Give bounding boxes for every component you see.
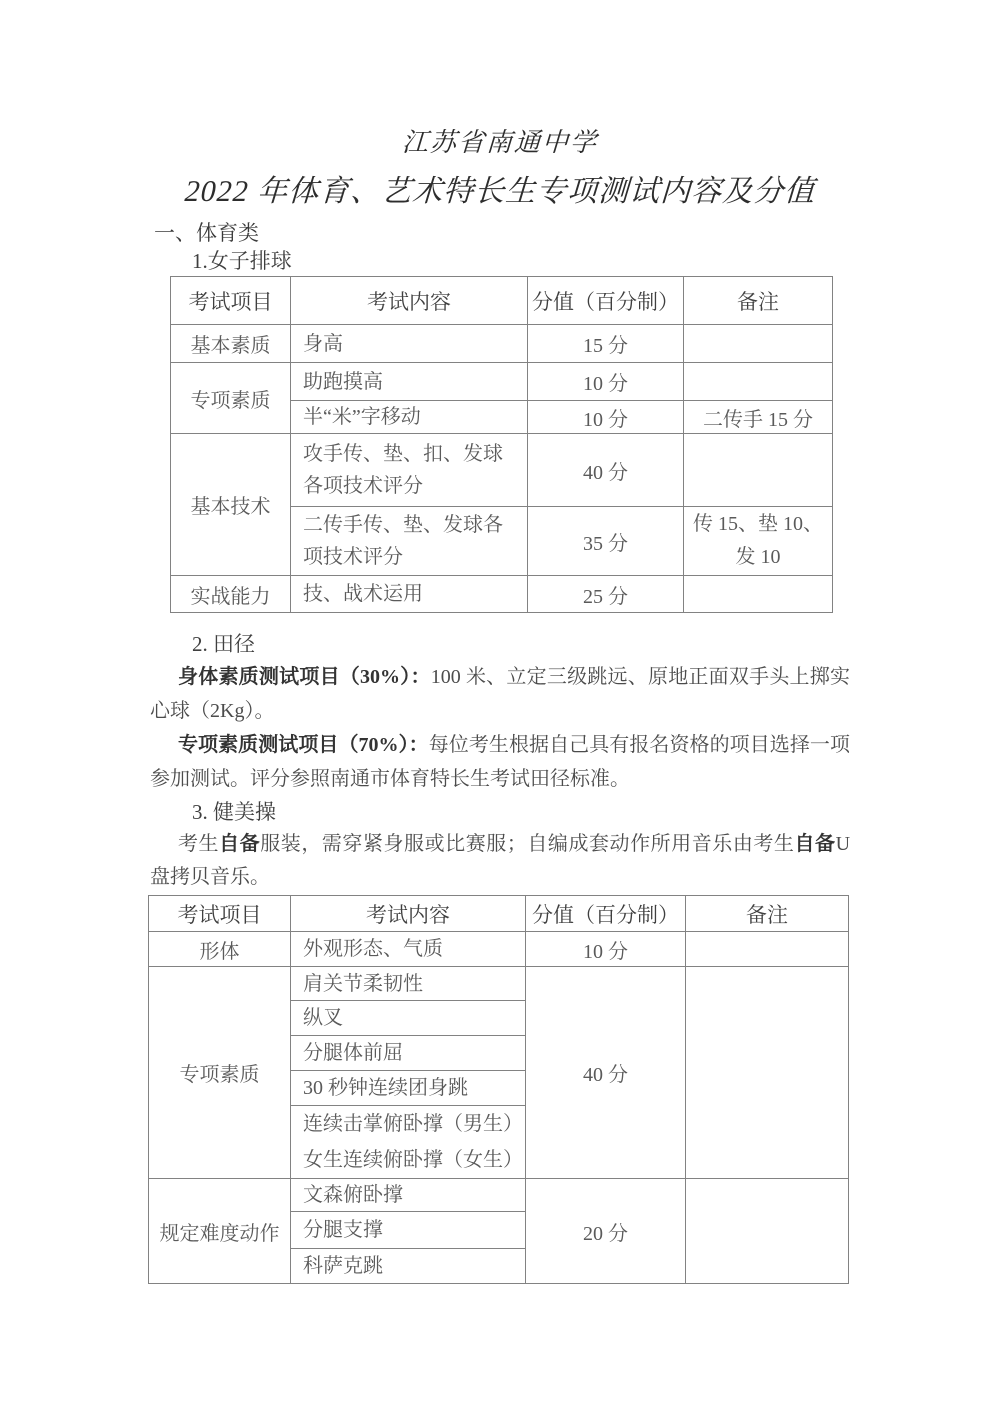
volleyball-table: 考试项目 考试内容 分值（百分制） 备注 基本素质 身高 15 分 专项素质 助… [170, 276, 833, 613]
table-row: 基本素质 身高 15 分 [171, 325, 833, 363]
bold-run: 身体素质测试项目（30%）： [178, 666, 431, 688]
header-cell-note: 备注 [686, 896, 849, 932]
score-cell: 10 分 [528, 363, 684, 401]
table-row: 专项素质 肩关节柔韧性 40 分 [149, 967, 849, 1001]
header-cell-exam-content: 考试内容 [291, 896, 526, 932]
table-row: 实战能力 技、战术运用 25 分 [171, 576, 833, 613]
header-cell-note: 备注 [684, 277, 833, 325]
header-cell-exam-item: 考试项目 [149, 896, 291, 932]
content-cell: 文森俯卧撑 [291, 1179, 526, 1212]
score-cell: 40 分 [528, 434, 684, 507]
content-cell: 30 秒钟连续团身跳 [291, 1071, 526, 1106]
content-cell: 科萨克跳 [291, 1249, 526, 1284]
aerobics-table: 考试项目 考试内容 分值（百分制） 备注 形体 外观形态、气质 10 分 专项素… [148, 895, 849, 1284]
note-cell [686, 932, 849, 967]
bold-run: 自备 [219, 833, 260, 855]
track-special-paragraph: 专项素质测试项目（70%）：每位考生根据自己具有报名资格的项目选择一项参加测试。… [150, 728, 850, 796]
header-cell-exam-content: 考试内容 [291, 277, 528, 325]
subheading-track: 2. 田径 [192, 631, 850, 657]
bold-run: 自备 [794, 833, 835, 855]
score-cell: 10 分 [526, 932, 686, 967]
content-cell: 肩关节柔韧性 [291, 967, 526, 1001]
content-line: 女生连续俯卧撑（女生） [291, 1142, 525, 1178]
text-run: 服装，需穿紧身服或比赛服；自编成套动作所用音乐由考生 [260, 833, 794, 855]
content-cell: 二传手传、垫、发球各项技术评分 [291, 507, 528, 576]
content-cell: 攻手传、垫、扣、发球各项技术评分 [291, 434, 528, 507]
table-row: 形体 外观形态、气质 10 分 [149, 932, 849, 967]
note-cell: 传 15、垫 10、发 10 [684, 507, 833, 576]
score-cell: 40 分 [526, 967, 686, 1179]
item-cell: 规定难度动作 [149, 1179, 291, 1284]
content-cell: 技、战术运用 [291, 576, 528, 613]
page: 江苏省南通中学 2022 年体育、艺术特长生专项测试内容及分值 一、体育类 1.… [0, 0, 1000, 1415]
note-cell [684, 363, 833, 401]
score-cell: 15 分 [528, 325, 684, 363]
subheading-aerobics: 3. 健美操 [192, 799, 850, 825]
note-cell [684, 325, 833, 363]
bold-run: 专项素质测试项目（70%）： [178, 734, 429, 756]
table-row: 专项素质 助跑摸高 10 分 [171, 363, 833, 401]
note-cell [686, 1179, 849, 1284]
item-cell: 实战能力 [171, 576, 291, 613]
content-cell: 分腿体前屈 [291, 1036, 526, 1071]
aerobics-header-row: 考试项目 考试内容 分值（百分制） 备注 [149, 896, 849, 932]
header-cell-score: 分值（百分制） [526, 896, 686, 932]
content-cell: 半“米”字移动 [291, 401, 528, 434]
item-cell: 专项素质 [171, 363, 291, 434]
doc-title: 2022 年体育、艺术特长生专项测试内容及分值 [149, 172, 851, 212]
score-cell: 35 分 [528, 507, 684, 576]
item-cell: 形体 [149, 932, 291, 967]
content-cell: 身高 [291, 325, 528, 363]
section-heading-sports: 一、体育类 [154, 220, 850, 246]
subheading-volleyball: 1.女子排球 [192, 248, 850, 274]
content-cell: 连续击掌俯卧撑（男生） 女生连续俯卧撑（女生） [291, 1106, 526, 1179]
content-cell: 分腿支撑 [291, 1212, 526, 1249]
volleyball-header-row: 考试项目 考试内容 分值（百分制） 备注 [171, 277, 833, 325]
content-cell: 纵叉 [291, 1001, 526, 1036]
content-cell: 外观形态、气质 [291, 932, 526, 967]
header-cell-exam-item: 考试项目 [171, 277, 291, 325]
school-title: 江苏省南通中学 [149, 126, 851, 160]
score-cell: 20 分 [526, 1179, 686, 1284]
content-line: 连续击掌俯卧撑（男生） [291, 1106, 525, 1142]
item-cell: 基本技术 [171, 434, 291, 576]
note-cell: 二传手 15 分 [684, 401, 833, 434]
note-cell [684, 434, 833, 507]
table-row: 基本技术 攻手传、垫、扣、发球各项技术评分 40 分 [171, 434, 833, 507]
aerobics-note-paragraph: 考生自备服装，需穿紧身服或比赛服；自编成套动作所用音乐由考生自备U盘拷贝音乐。 [150, 828, 850, 894]
score-cell: 25 分 [528, 576, 684, 613]
content-cell: 助跑摸高 [291, 363, 528, 401]
table-row: 规定难度动作 文森俯卧撑 20 分 [149, 1179, 849, 1212]
note-cell [686, 967, 849, 1179]
header-cell-score: 分值（百分制） [528, 277, 684, 325]
track-physical-paragraph: 身体素质测试项目（30%）：100 米、立定三级跳远、原地正面双手头上掷实心球（… [150, 660, 850, 728]
item-cell: 专项素质 [149, 967, 291, 1179]
text-run: 考生 [178, 833, 219, 855]
content: 江苏省南通中学 2022 年体育、艺术特长生专项测试内容及分值 一、体育类 1.… [150, 0, 850, 1284]
item-cell: 基本素质 [171, 325, 291, 363]
score-cell: 10 分 [528, 401, 684, 434]
note-cell [684, 576, 833, 613]
